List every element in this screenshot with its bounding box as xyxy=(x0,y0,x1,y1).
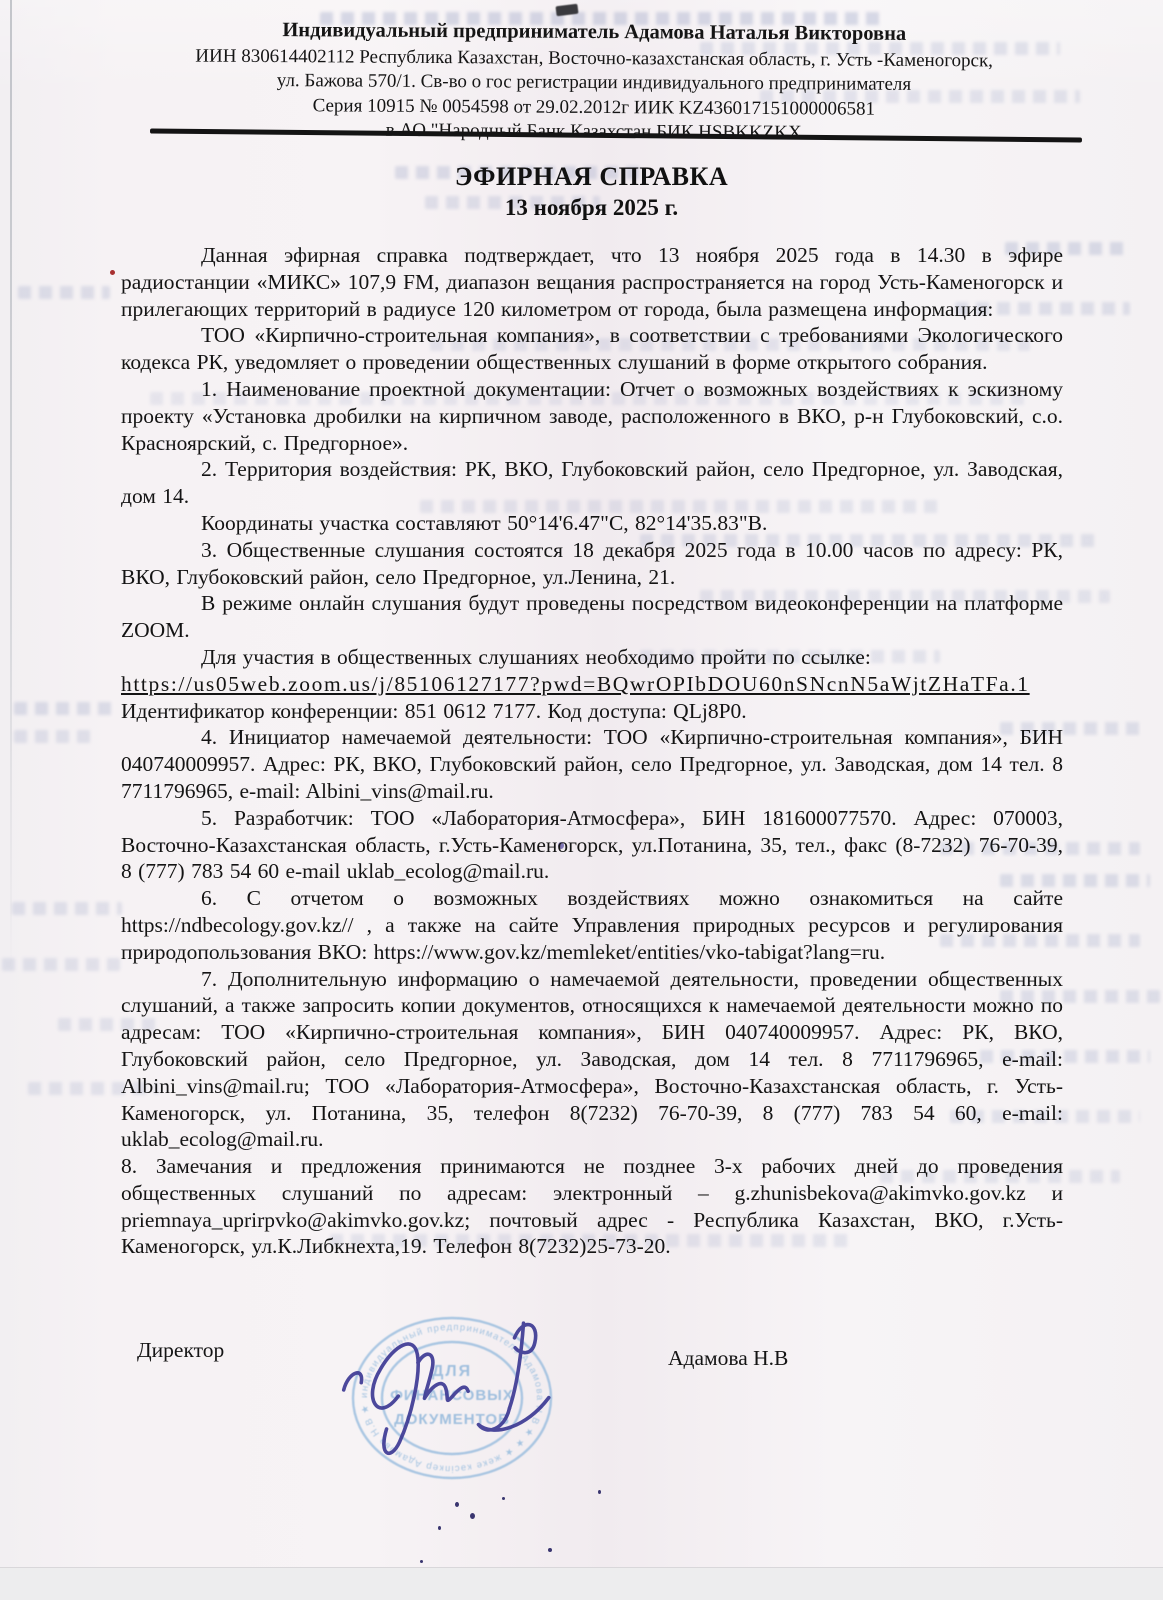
ink-speck xyxy=(548,1548,552,1552)
paragraph-link-intro: Для участия в общественных слушаниях нео… xyxy=(121,644,1063,671)
paragraph-initiator: 4. Инициатор намечаемой деятельности: ТО… xyxy=(121,724,1063,804)
bleed-through-artifact xyxy=(14,702,114,715)
letterhead: Индивидуальный предприниматель Адамова Н… xyxy=(95,17,1094,148)
bleed-through-artifact xyxy=(2,958,120,971)
paragraph-broadcast-confirmation: Данная эфирная справка подтверждает, что… xyxy=(121,242,1063,322)
ink-speck xyxy=(470,1513,475,1519)
scanned-document-page: Индивидуальный предприниматель Адамова Н… xyxy=(0,0,1163,1600)
handwritten-signature xyxy=(327,1311,586,1468)
zoom-meeting-link: https://us05web.zoom.us/j/85106127177?pw… xyxy=(121,671,1063,698)
paragraph-report-websites: 6. С отчетом о возможных воздействиях мо… xyxy=(121,885,1063,965)
document-date: 13 ноября 2025 г. xyxy=(100,195,1083,221)
bleed-through-artifact xyxy=(12,902,122,915)
paragraph-comments-deadline: 8. Замечания и предложения принимаются н… xyxy=(121,1153,1063,1260)
paragraph-impact-territory: 2. Территория воздействия: РК, ВКО, Глуб… xyxy=(121,456,1063,510)
paragraph-company-announcement: ТОО «Кирпично-строительная компания», в … xyxy=(121,322,1063,376)
paper-edge-shadow xyxy=(10,0,12,980)
red-ink-dot xyxy=(110,270,115,275)
ink-speck xyxy=(502,1497,505,1500)
bleed-through-artifact xyxy=(18,286,110,299)
paragraph-site-coordinates: Координаты участка составляют 50°14'6.47… xyxy=(121,510,1063,537)
document-body: Данная эфирная справка подтверждает, что… xyxy=(121,242,1063,1260)
paragraph-hearing-datetime: 3. Общественные слушания состоятся 18 де… xyxy=(121,537,1063,591)
paragraph-developer: 5. Разработчик: ТОО «Лаборатория-Атмосфе… xyxy=(121,805,1063,885)
paragraph-online-format: В режиме онлайн слушания будут проведены… xyxy=(121,590,1063,644)
letterhead-entrepreneur-name: Индивидуальный предприниматель Адамова Н… xyxy=(95,17,1093,48)
paragraph-conference-id: Идентификатор конференции: 851 0612 7177… xyxy=(121,698,1063,725)
ink-speck xyxy=(455,1502,459,1507)
paragraph-additional-info: 7. Дополнительную информацию о намечаемо… xyxy=(121,966,1063,1154)
signer-name: Адамова Н.В xyxy=(668,1346,788,1371)
scanner-bed-strip xyxy=(0,1567,1163,1600)
bleed-through-artifact xyxy=(14,730,94,743)
ink-speck xyxy=(438,1526,441,1530)
signer-role-label: Директор xyxy=(137,1338,224,1363)
page-title: ЭФИРНАЯ СПРАВКА xyxy=(100,162,1083,192)
ink-speck xyxy=(598,1490,601,1494)
paragraph-project-name: 1. Наименование проектной документации: … xyxy=(121,376,1063,456)
ink-speck xyxy=(420,1560,423,1563)
